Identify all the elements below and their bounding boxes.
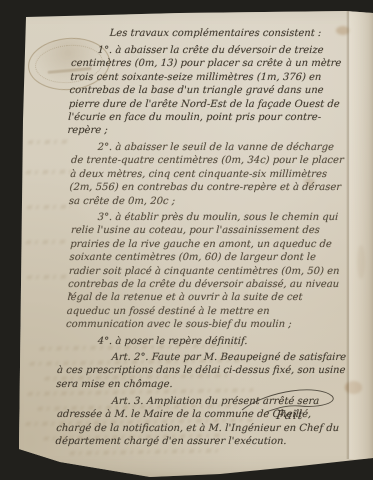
item-1: 1°. à abaisser la crête du déversoir de … [67,44,349,138]
article-2: Art. 2°. Faute par M. Beaupeigné de sati… [56,351,349,391]
intro-line: Les travaux complémentaires consistent : [109,27,349,40]
adjacent-page-strip [350,11,373,459]
signature-block: Fait [238,392,342,432]
item-2: 2°. à abaisser le seuil de la vanne de d… [68,141,349,208]
signature-word: Fait [237,408,342,422]
item-3: 3°. à établir près du moulin, sous le ch… [66,211,349,332]
manuscript-page: Les travaux complémentaires consistent :… [0,0,373,480]
scanned-document-view: Les travaux complémentaires consistent :… [0,0,373,480]
item-4: 4°. à poser le repère définitif. [71,335,349,348]
